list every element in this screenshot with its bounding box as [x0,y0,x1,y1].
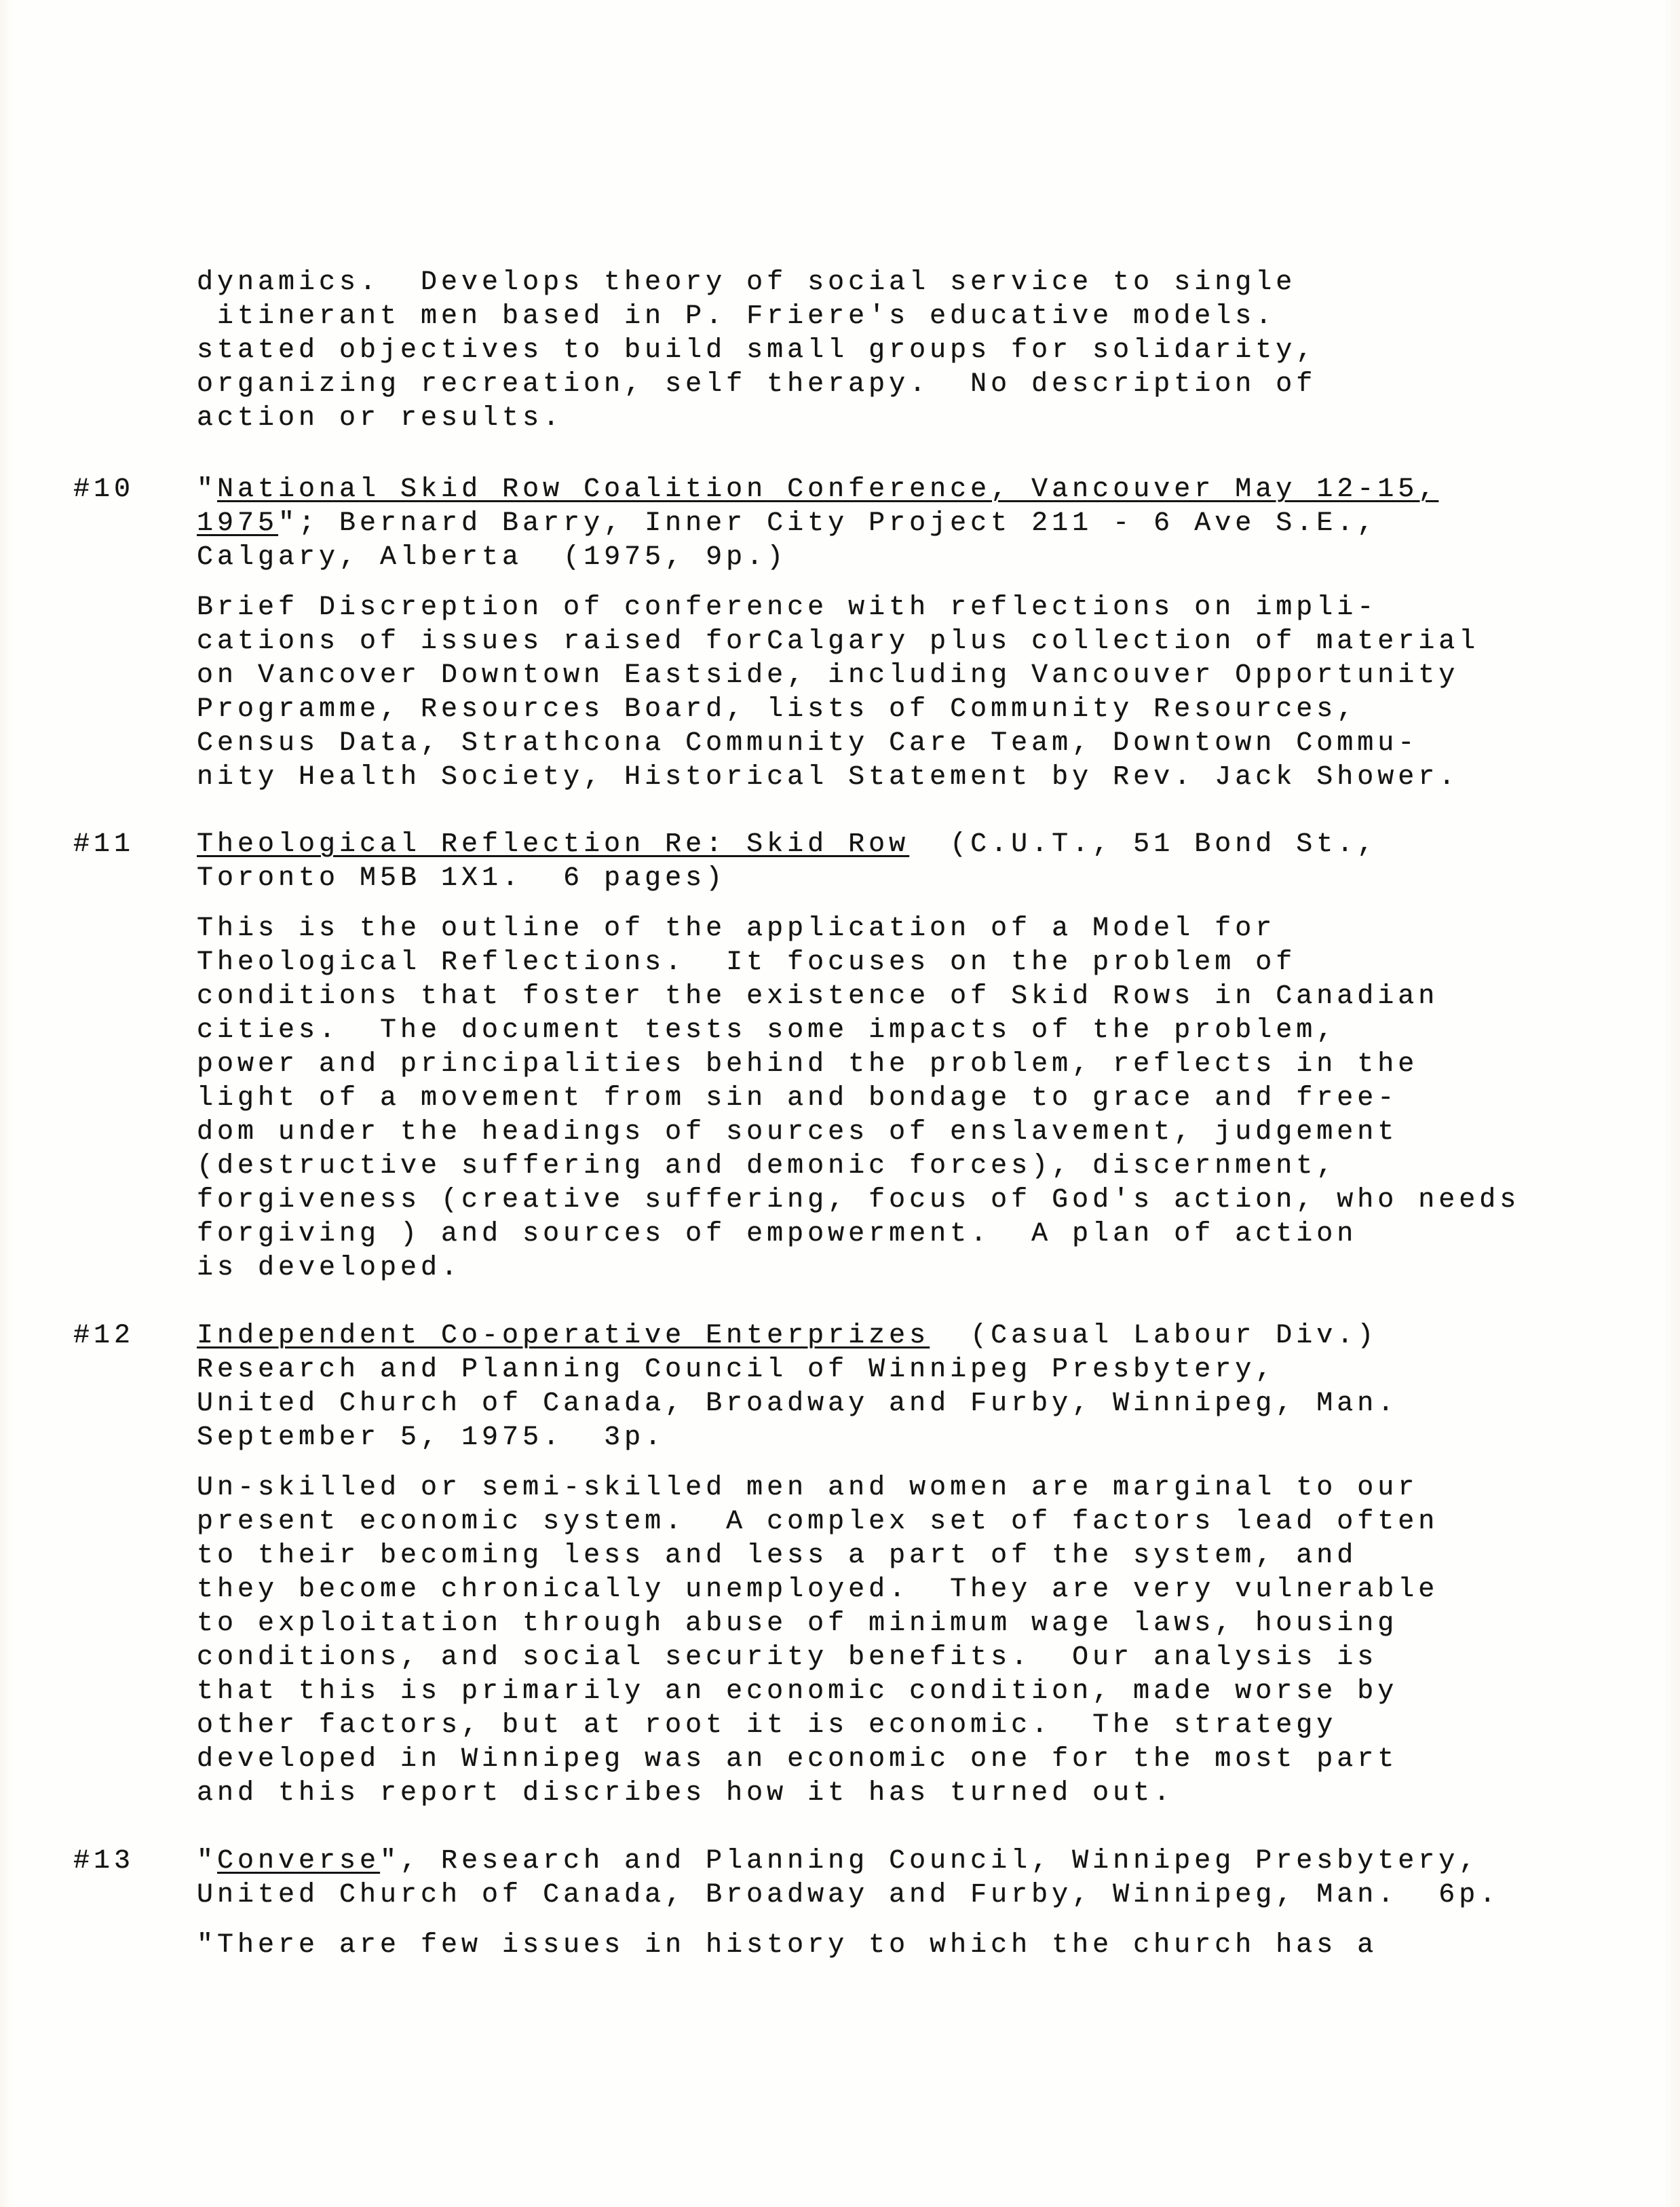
text-segment: Un-skilled or semi-skilled men and women… [197,1473,1418,1503]
text-line: on Vancover Downtown Eastside, including… [197,659,1656,693]
entry-number: #11 [73,828,134,862]
text-line: conditions, and social security benefits… [197,1641,1656,1675]
entry-number: #12 [73,1319,134,1353]
underlined-title: Converse [217,1846,380,1876]
text-line: September 5, 1975. 3p. [197,1421,1656,1455]
text-segment: conditions, and social security benefits… [197,1642,1377,1673]
text-segment: dom under the headings of sources of ens… [197,1117,1398,1148]
text-line: they become chronically unemployed. They… [197,1573,1656,1607]
text-line: present economic system. A complex set o… [197,1505,1656,1539]
text-line: "National Skid Row Coalition Conference,… [197,473,1656,507]
text-segment: Programme, Resources Board, lists of Com… [197,694,1357,725]
text-segment: power and principalities behind the prob… [197,1049,1418,1080]
text-segment: itinerant men based in P. Friere's educa… [197,301,1276,332]
text-segment: "; Bernard Barry, Inner City Project 211… [278,508,1377,539]
text-line: power and principalities behind the prob… [197,1048,1656,1082]
text-line: nity Health Society, Historical Statemen… [197,761,1656,795]
text-segment: Research and Planning Council of Winnipe… [197,1355,1276,1385]
text-segment: ", Research and Planning Council, Winnip… [380,1846,1479,1876]
entry-citation: "Converse", Research and Planning Counci… [197,1845,1656,1912]
text-segment: cities. The document tests some impacts … [197,1015,1337,1046]
text-segment: that this is primarily an economic condi… [197,1676,1398,1707]
text-line: Programme, Resources Board, lists of Com… [197,693,1656,727]
text-segment: (destructive suffering and demonic force… [197,1151,1337,1182]
text-segment: to their becoming less and less a part o… [197,1541,1357,1571]
text-segment: Calgary, Alberta (1975, 9p.) [197,542,787,573]
text-line: (destructive suffering and demonic force… [197,1150,1656,1184]
text-line: light of a movement from sin and bondage… [197,1082,1656,1116]
entry-abstract: Brief Discreption of conference with ref… [197,591,1656,795]
text-segment: " [197,1846,217,1876]
text-line: organizing recreation, self therapy. No … [197,368,1656,402]
text-line: cities. The document tests some impacts … [197,1014,1656,1048]
text-segment: "There are few issues in history to whic… [197,1930,1377,1961]
text-segment: forgiveness (creative suffering, focus o… [197,1185,1520,1215]
text-segment: This is the outline of the application o… [197,913,1276,944]
text-line: conditions that foster the existence of … [197,980,1656,1014]
text-line: stated objectives to build small groups … [197,334,1656,368]
text-line: and this report discribes how it has tur… [197,1777,1656,1811]
text-segment: they become chronically unemployed. They… [197,1574,1438,1605]
text-line: "Converse", Research and Planning Counci… [197,1845,1656,1879]
text-line: Independent Co-operative Enterprizes (Ca… [197,1319,1656,1353]
text-segment: conditions that foster the existence of … [197,981,1438,1012]
text-segment: United Church of Canada, Broadway and Fu… [197,1880,1500,1910]
text-segment: Brief Discreption of conference with ref… [197,592,1377,623]
text-line: cations of issues raised forCalgary plus… [197,625,1656,659]
text-line: is developed. [197,1251,1656,1285]
text-line: 1975"; Bernard Barry, Inner City Project… [197,507,1656,541]
text-segment: organizing recreation, self therapy. No … [197,369,1316,400]
text-line: "There are few issues in history to whic… [197,1929,1656,1963]
text-line: United Church of Canada, Broadway and Fu… [197,1387,1656,1421]
text-line: Calgary, Alberta (1975, 9p.) [197,541,1656,575]
text-segment: forgiving ) and sources of empowerment. … [197,1219,1357,1249]
underlined-title: Theological Reflection Re: Skid Row [197,829,909,860]
text-segment: developed in Winnipeg was an economic on… [197,1744,1398,1775]
text-line: Toronto M5B 1X1. 6 pages) [197,862,1656,896]
text-line: other factors, but at root it is economi… [197,1709,1656,1743]
text-line: forgiving ) and sources of empowerment. … [197,1218,1656,1251]
text-line: United Church of Canada, Broadway and Fu… [197,1879,1656,1912]
text-segment: Census Data, Strathcona Community Care T… [197,728,1418,759]
text-segment: September 5, 1975. 3p. [197,1422,665,1453]
entry-citation: Independent Co-operative Enterprizes (Ca… [197,1319,1656,1455]
text-line: itinerant men based in P. Friere's educa… [197,300,1656,334]
text-segment: to exploitation through abuse of minimum… [197,1608,1398,1639]
text-segment: and this report discribes how it has tur… [197,1778,1174,1809]
text-segment: Theological Reflections. It focuses on t… [197,947,1296,978]
text-line: Theological Reflections. It focuses on t… [197,946,1656,980]
continuation-paragraph: dynamics. Develops theory of social serv… [197,266,1656,436]
entry-number: #10 [73,473,134,507]
entry-abstract: "There are few issues in history to whic… [197,1929,1656,1963]
text-line: action or results. [197,402,1656,436]
text-segment: Toronto M5B 1X1. 6 pages) [197,863,726,894]
text-segment: action or results. [197,403,563,434]
text-segment: dynamics. Develops theory of social serv… [197,267,1296,298]
text-segment: United Church of Canada, Broadway and Fu… [197,1389,1398,1419]
text-segment: nity Health Society, Historical Statemen… [197,762,1459,793]
document-page: dynamics. Develops theory of social serv… [0,0,1680,2207]
text-segment: is developed. [197,1253,461,1283]
text-line: Census Data, Strathcona Community Care T… [197,727,1656,761]
text-segment: (Casual Labour Div.) [930,1321,1377,1351]
text-segment: on Vancover Downtown Eastside, including… [197,660,1459,691]
entry-number: #13 [73,1845,134,1879]
underlined-title: National Skid Row Coalition Conference, … [217,474,1438,505]
text-segment: stated objectives to build small groups … [197,335,1316,366]
text-line: to their becoming less and less a part o… [197,1539,1656,1573]
text-segment: other factors, but at root it is economi… [197,1710,1337,1741]
text-line: This is the outline of the application o… [197,912,1656,946]
entry-abstract: This is the outline of the application o… [197,912,1656,1285]
text-line: Un-skilled or semi-skilled men and women… [197,1471,1656,1505]
text-line: Theological Reflection Re: Skid Row (C.U… [197,828,1656,862]
entry-citation: "National Skid Row Coalition Conference,… [197,473,1656,575]
text-segment: light of a movement from sin and bondage… [197,1083,1398,1114]
entry-citation: Theological Reflection Re: Skid Row (C.U… [197,828,1656,896]
text-line: to exploitation through abuse of minimum… [197,1607,1656,1641]
text-segment: " [197,474,217,505]
text-line: Research and Planning Council of Winnipe… [197,1353,1656,1387]
text-line: developed in Winnipeg was an economic on… [197,1743,1656,1777]
text-line: dom under the headings of sources of ens… [197,1116,1656,1150]
text-line: Brief Discreption of conference with ref… [197,591,1656,625]
text-segment: present economic system. A complex set o… [197,1507,1438,1537]
text-line: forgiveness (creative suffering, focus o… [197,1184,1656,1218]
underlined-title: Independent Co-operative Enterprizes [197,1321,930,1351]
text-segment: cations of issues raised forCalgary plus… [197,626,1479,657]
text-line: that this is primarily an economic condi… [197,1675,1656,1709]
underlined-title: 1975 [197,508,278,539]
text-segment: (C.U.T., 51 Bond St., [909,829,1377,860]
text-line: dynamics. Develops theory of social serv… [197,266,1656,300]
entry-abstract: Un-skilled or semi-skilled men and women… [197,1471,1656,1811]
